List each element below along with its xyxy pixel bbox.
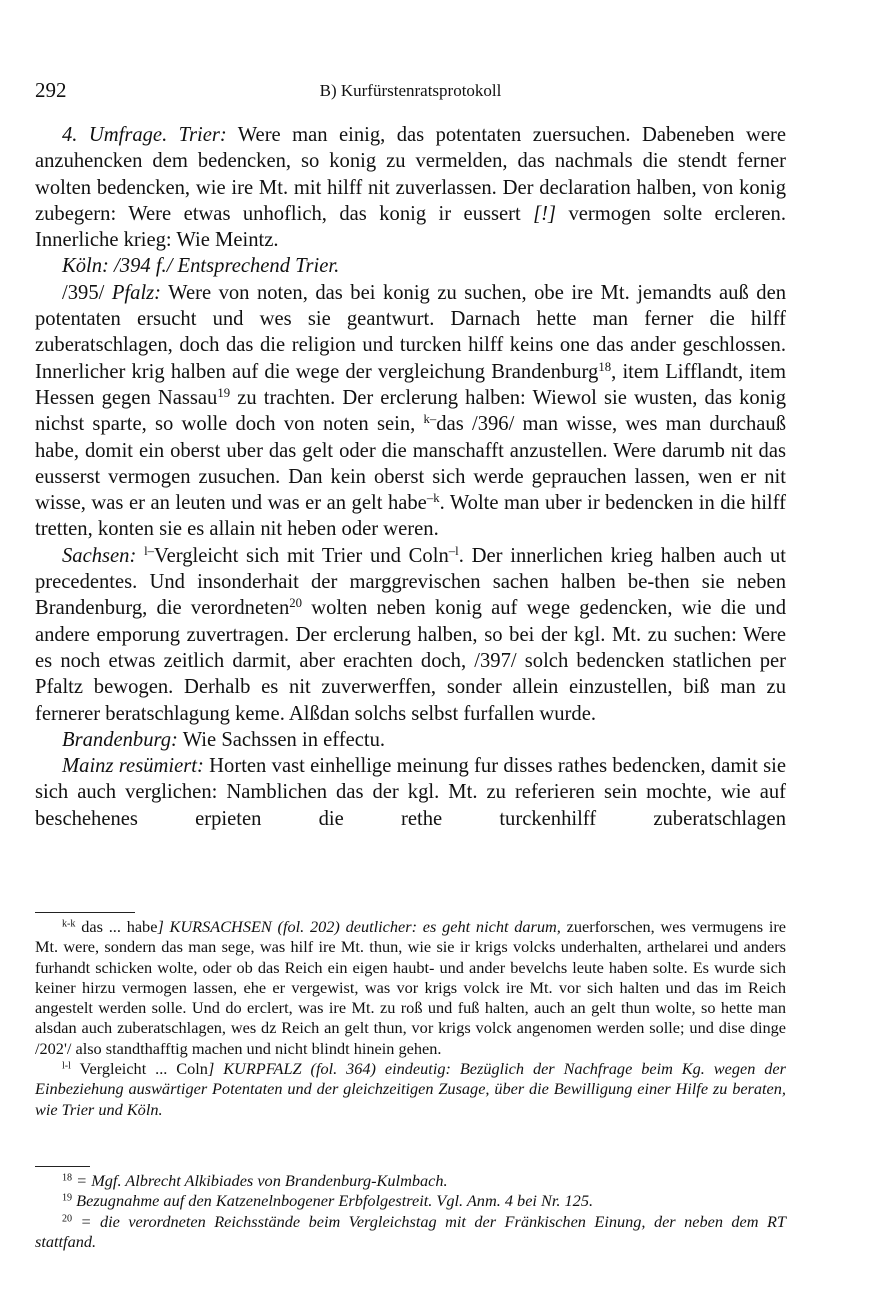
variant-apparatus: k-k das ... habe] KURSACHSEN (fol. 202) … <box>35 912 786 1120</box>
paragraph-pfalz: /395/ Pfalz: Were von noten, das bei kon… <box>35 280 786 543</box>
variant-mark-k-close[interactable]: –k <box>427 491 440 505</box>
editorial-mark: [!] <box>533 203 556 225</box>
paragraph-mainz: Mainz resümiert: Horten vast einhellige … <box>35 753 786 832</box>
footnote-ref-18[interactable]: 18 <box>598 360 611 374</box>
footnotes: 18 = Mgf. Albrecht Alkibiades von Brande… <box>35 1166 786 1252</box>
footnote-18: 18 = Mgf. Albrecht Alkibiades von Brande… <box>35 1171 786 1191</box>
speaker-label: Sachsen: <box>62 545 136 567</box>
page-reference: /395/ <box>62 282 104 304</box>
variant-mark-l-open[interactable]: l– <box>144 544 154 558</box>
paragraph-koeln: Köln: /394 f./ Entsprechend Trier. <box>35 253 786 279</box>
variant-mark-l-close[interactable]: –l <box>449 544 459 558</box>
main-text: 4. Umfrage. Trier: Were man einig, das p… <box>35 122 786 832</box>
paragraph-sachsen: Sachsen: l–Vergleicht sich mit Trier und… <box>35 543 786 727</box>
paragraph-brandenburg: Brandenburg: Wie Sachssen in effectu. <box>35 727 786 753</box>
footnote-rule <box>35 1166 90 1167</box>
variant-mark-k-open[interactable]: k– <box>424 412 437 426</box>
speaker-label: Pfalz: <box>112 282 161 304</box>
footnote-20: 20 = die verordneten Reichsstände beim V… <box>35 1212 786 1253</box>
page: 292 B) Kurfürstenratsprotokoll 4. Umfrag… <box>35 78 786 832</box>
speaker-label: Brandenburg: <box>62 729 178 751</box>
variant-note-l: l-l Vergleicht ... Coln] KURPFALZ (fol. … <box>35 1059 786 1120</box>
running-head: 292 B) Kurfürstenratsprotokoll <box>35 78 786 108</box>
paragraph-trier: 4. Umfrage. Trier: Were man einig, das p… <box>35 122 786 253</box>
speaker-label: 4. Umfrage. Trier: <box>62 124 227 146</box>
apparatus-rule <box>35 912 135 913</box>
footnote-19: 19 Bezugnahme auf den Katzenelnbogener E… <box>35 1191 786 1211</box>
variant-note-k: k-k das ... habe] KURSACHSEN (fol. 202) … <box>35 917 786 1059</box>
speaker-label: Köln: /394 f./ Entsprechend Trier. <box>62 255 339 277</box>
running-title: B) Kurfürstenratsprotokoll <box>35 81 786 101</box>
footnote-ref-19[interactable]: 19 <box>217 386 230 400</box>
footnote-ref-20[interactable]: 20 <box>289 596 302 610</box>
speaker-label: Mainz resümiert: <box>62 755 204 777</box>
